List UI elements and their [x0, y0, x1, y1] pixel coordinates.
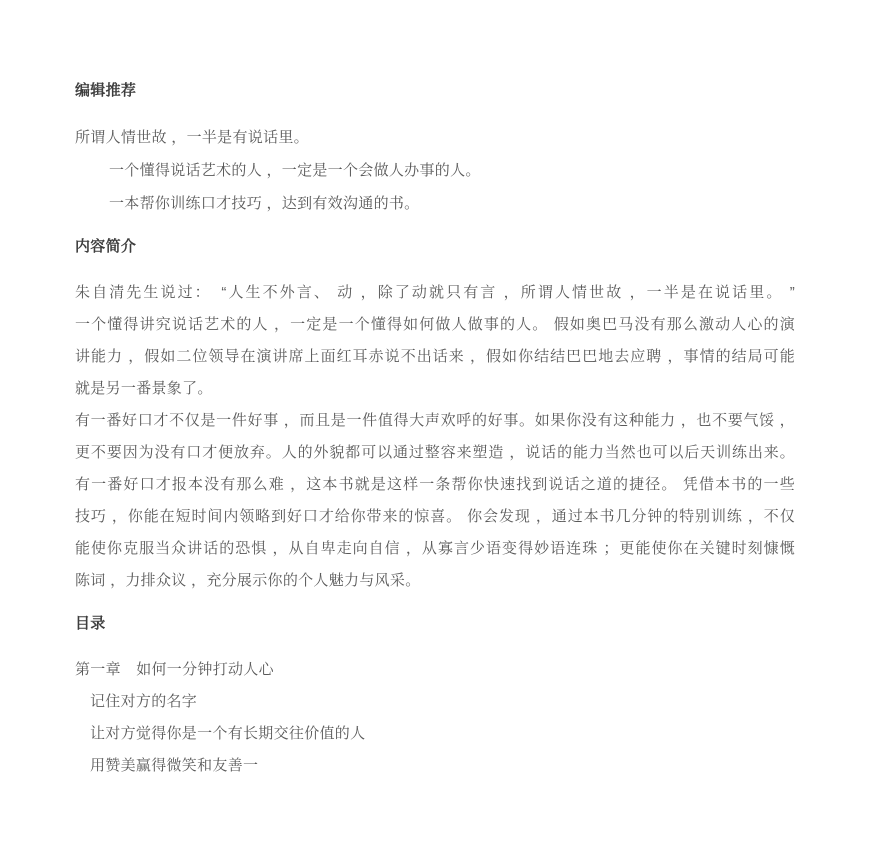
- text-line: 一个懂得讲究说话艺术的人 ，一定是一个懂得如何做人做事的人。 假如奥巴马没有那么…: [75, 309, 795, 341]
- text-line: 一本帮你训练口才技巧 ，达到有效沟通的书。: [75, 187, 795, 220]
- toc-item: 让对方觉得你是一个有长期交往价值的人: [75, 718, 795, 750]
- toc-chapter-line: 第一章 如何一分钟打动人心: [75, 654, 795, 686]
- text-line: 就是另一番景象了。: [75, 373, 795, 405]
- section-heading-editor-recommendation: 编辑推荐: [75, 74, 795, 107]
- text-line: 能使你克服当众讲话的恐惧 ，从自卑走向自信 ，从寡言少语变得妙语连珠 ；更能使你…: [75, 533, 795, 565]
- document-page: 编辑推荐 所谓人情世故 ，一半是有说话里。 一个懂得说话艺术的人 ，一定是一个会…: [0, 0, 870, 842]
- text-line: 一个懂得说话艺术的人 ，一定是一个会做人办事的人。: [75, 154, 795, 187]
- toc-item: 用赞美赢得微笑和友善一: [75, 750, 795, 782]
- section-heading-content-summary: 内容简介: [75, 230, 795, 263]
- text-line: 技巧 ，你能在短时间内领略到好口才给你带来的惊喜。 你会发现 ，通过本书几分钟的…: [75, 501, 795, 533]
- toc-item: 记住对方的名字: [75, 686, 795, 718]
- text-line: 更不要因为没有口才便放弃。人的外貌都可以通过整容来塑造 ，说话的能力当然也可以后…: [75, 437, 795, 469]
- quote-line: 朱自清先生说过： “人生不外言、 动 ，除了动就只有言 ，所谓人情世故 ，一半是…: [75, 277, 795, 309]
- text-line: 有一番好口才报本没有那么难 ，这本书就是这样一条帮你快速找到说话之道的捷径。 凭…: [75, 469, 795, 501]
- text-line: 所谓人情世故 ，一半是有说话里。: [75, 121, 795, 154]
- text-line: 陈词 ，力排众议 ，充分展示你的个人魅力与风采。: [75, 565, 795, 597]
- section-heading-table-of-contents: 目录: [75, 607, 795, 640]
- text-line: 有一番好口才不仅是一件好事 ，而且是一件值得大声欢呼的好事。如果你没有这种能力 …: [75, 405, 795, 437]
- text-line: 讲能力 ，假如二位领导在演讲席上面红耳赤说不出话来 ，假如你结结巴巴地去应聘 ，…: [75, 341, 795, 373]
